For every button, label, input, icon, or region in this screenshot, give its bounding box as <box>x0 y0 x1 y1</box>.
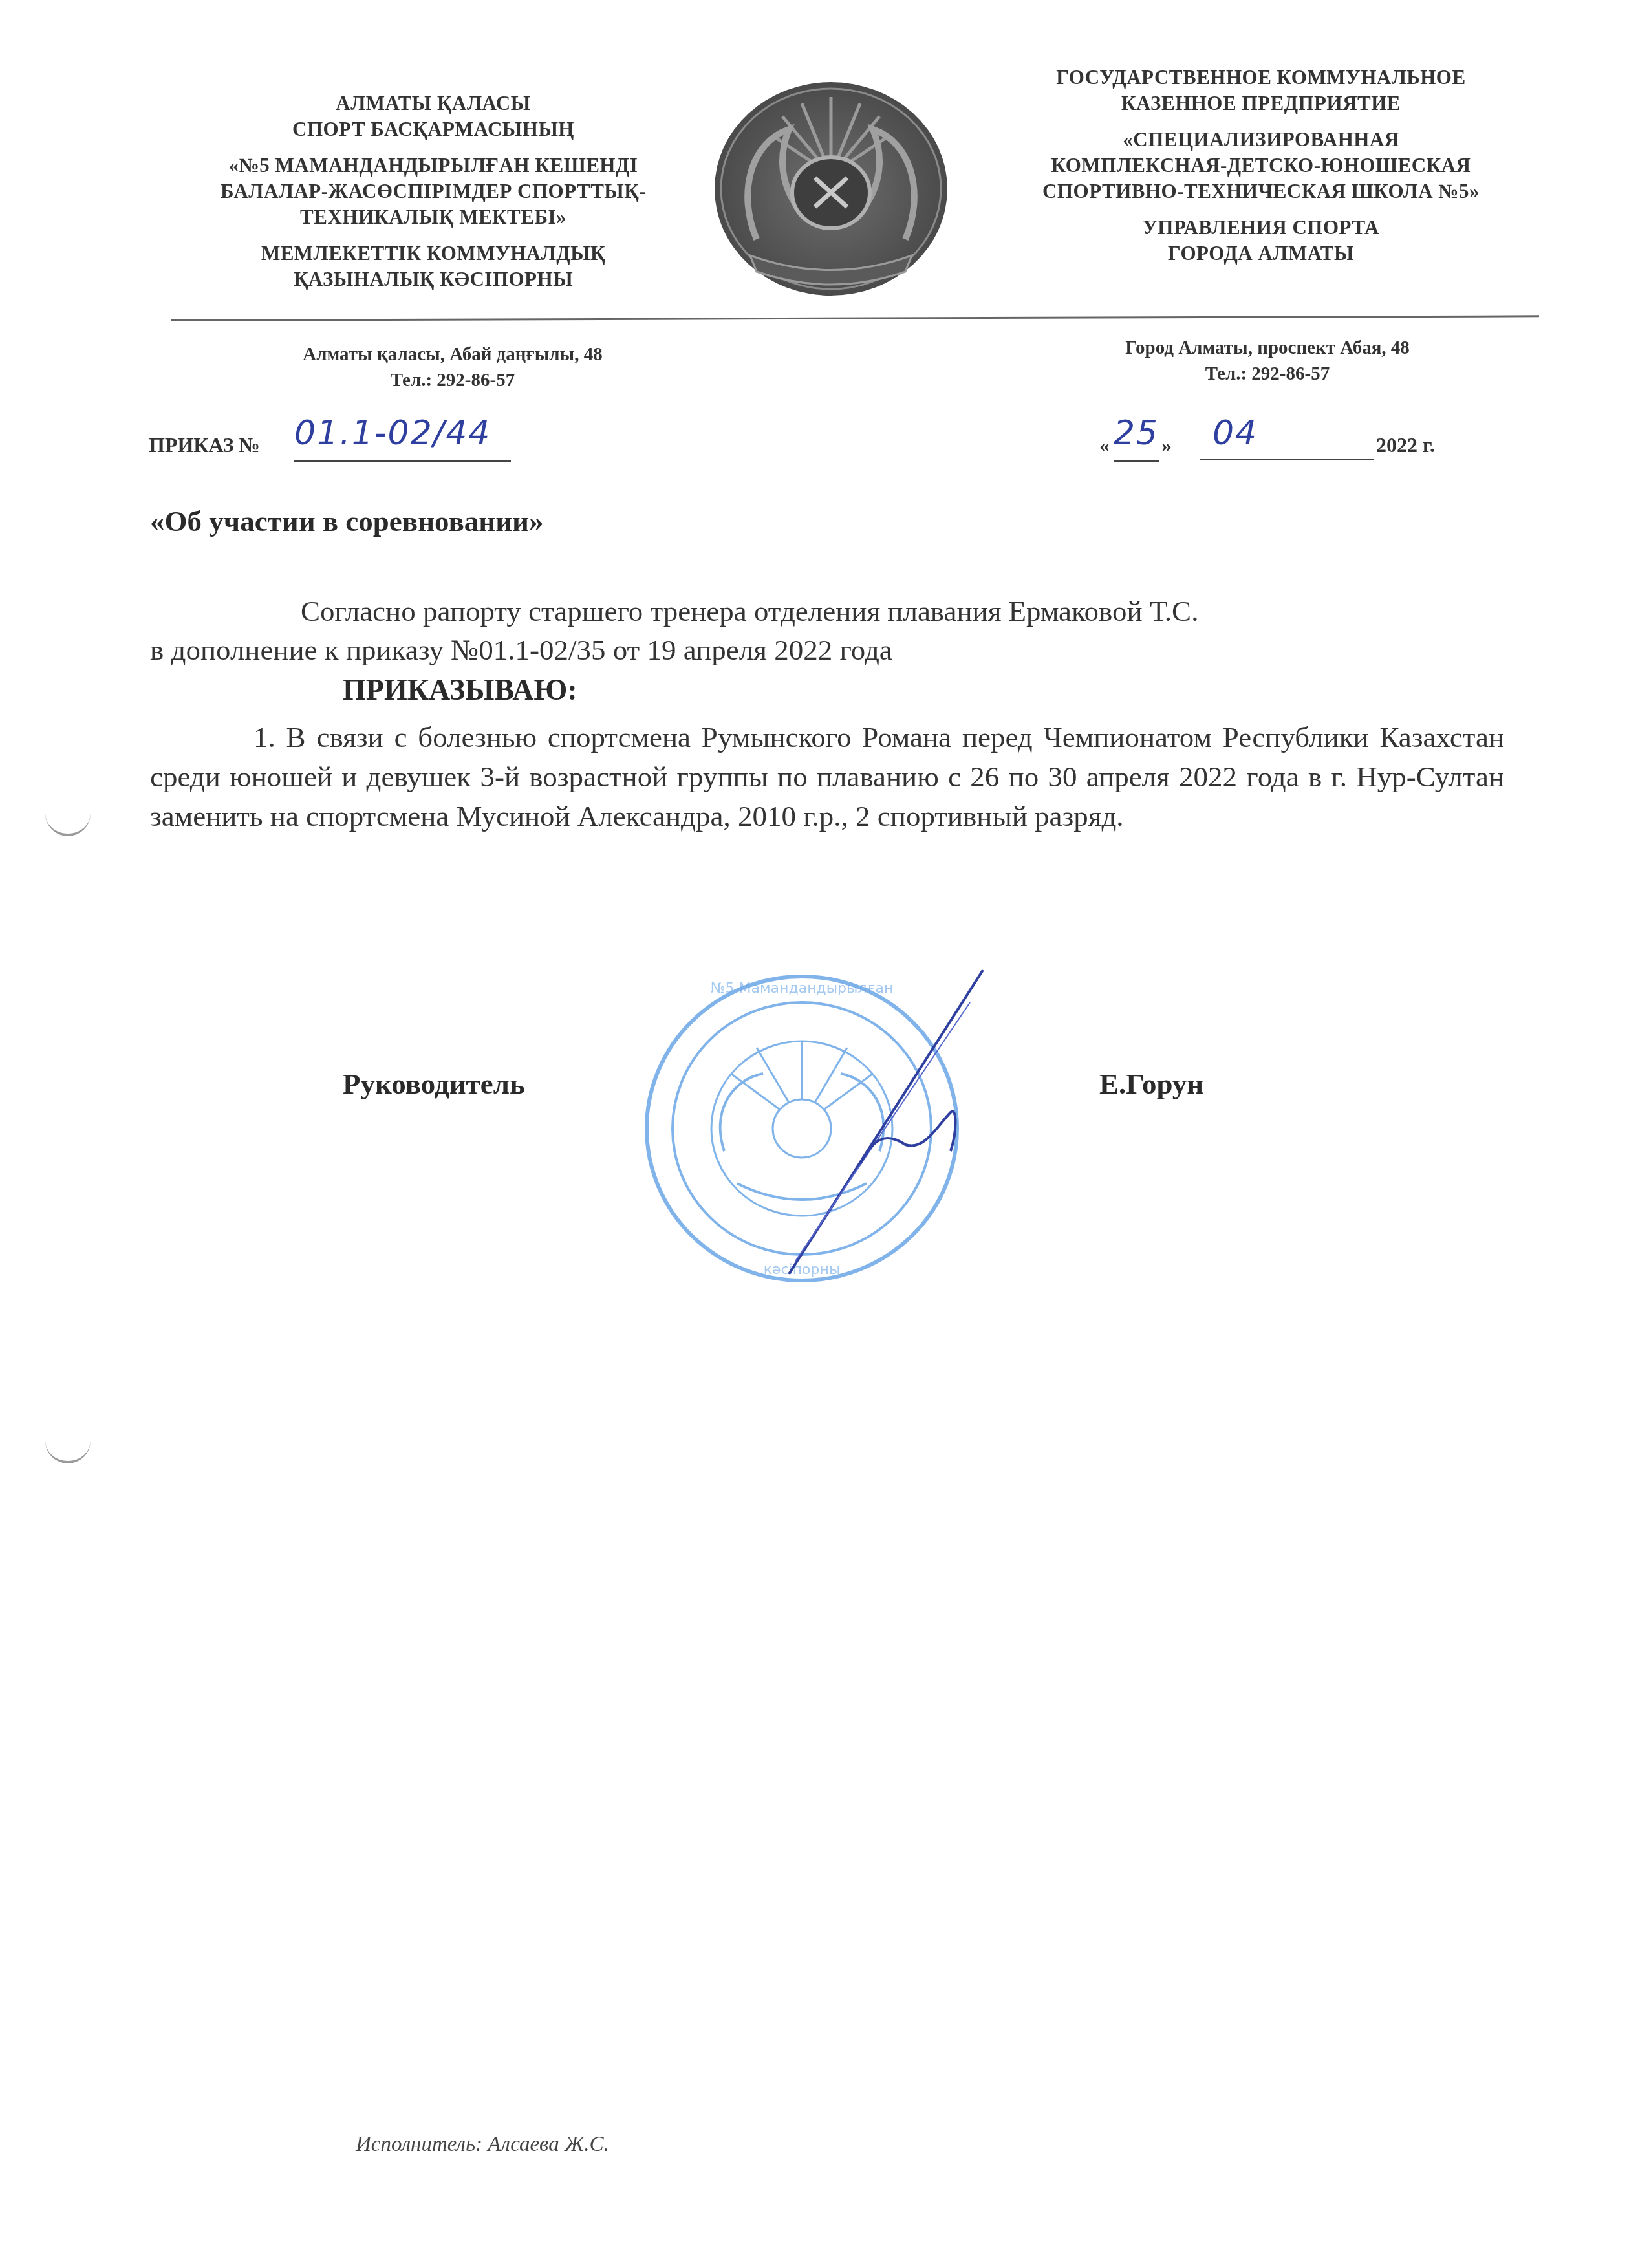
address-left: Алматы қаласы, Абай даңғылы, 48 Тел.: 29… <box>194 341 711 393</box>
order-number-label: ПРИКАЗ № <box>149 433 260 457</box>
address-right-phone: Тел.: 292-86-57 <box>1009 361 1526 387</box>
order-day-handwritten: 25 <box>1114 414 1159 462</box>
header-left: АЛМАТЫ ҚАЛАСЫ СПОРТ БАСҚАРМАСЫНЫҢ «№5 МА… <box>165 91 702 292</box>
date-open-quote: « <box>1099 433 1110 457</box>
header-right: ГОСУДАРСТВЕННОЕ КОММУНАЛЬНОЕ КАЗЕННОЕ ПР… <box>970 65 1552 266</box>
header-left-line: АЛМАТЫ ҚАЛАСЫ <box>165 91 702 116</box>
order-item-1: 1. В связи с болезнью спортсмена Румынск… <box>150 718 1504 836</box>
header-left-line: «№5 МАМАНДАНДЫРЫЛҒАН КЕШЕНДІ <box>165 153 702 178</box>
header-right-line: КОМПЛЕКСНАЯ-ДЕТСКО-ЮНОШЕСКАЯ <box>970 153 1552 178</box>
date-close-quote: » <box>1161 433 1172 457</box>
order-date-row: « 25 » 04 2022 г. <box>1099 414 1487 472</box>
signatory-name: Е.Горун <box>1099 1067 1203 1101</box>
document-title: «Об участии в соревновании» <box>150 504 544 538</box>
intro-line-1: Согласно рапорту старшего тренера отделе… <box>301 592 1198 631</box>
address-left-phone: Тел.: 292-86-57 <box>194 367 711 393</box>
punch-hole-bottom <box>45 1439 91 1463</box>
header-left-line: СПОРТ БАСҚАРМАСЫНЫҢ <box>165 116 702 142</box>
order-month-handwritten: 04 <box>1200 414 1374 460</box>
header-right-line: УПРАВЛЕНИЯ СПОРТА <box>970 215 1552 241</box>
handwritten-signature-icon <box>776 964 1002 1287</box>
header-left-line: МЕМЛЕКЕТТІК КОММУНАЛДЫҚ <box>165 241 702 266</box>
intro-line-2: в дополнение к приказу №01.1-02/35 от 19… <box>150 631 892 670</box>
address-right: Город Алматы, проспект Абая, 48 Тел.: 29… <box>1009 335 1526 387</box>
order-number-row: ПРИКАЗ № 01.1-02/44 <box>149 414 537 472</box>
signatory-position: Руководитель <box>343 1067 525 1101</box>
header-left-line: БАЛАЛАР-ЖАСӨСПІРІМДЕР СПОРТТЫҚ- <box>165 178 702 204</box>
header-right-line: «СПЕЦИАЛИЗИРОВАННАЯ <box>970 127 1552 153</box>
order-directive: ПРИКАЗЫВАЮ: <box>343 673 577 707</box>
header-right-line: КАЗЕННОЕ ПРЕДПРИЯТИЕ <box>970 91 1552 116</box>
state-emblem-icon <box>711 78 951 301</box>
header-left-line: ТЕХНИКАЛЫҚ МЕКТЕБІ» <box>165 204 702 230</box>
header-right-line: СПОРТИВНО-ТЕХНИЧЕСКАЯ ШКОЛА №5» <box>970 178 1552 204</box>
address-right-street: Город Алматы, проспект Абая, 48 <box>1009 335 1526 361</box>
order-year: 2022 г. <box>1376 433 1435 457</box>
executor-note: Исполнитель: Алсаева Ж.С. <box>356 2133 609 2157</box>
address-left-street: Алматы қаласы, Абай даңғылы, 48 <box>194 341 711 367</box>
order-number-handwritten: 01.1-02/44 <box>294 414 511 462</box>
header-right-line: ГОСУДАРСТВЕННОЕ КОММУНАЛЬНОЕ <box>970 65 1552 91</box>
punch-hole-top <box>45 812 91 836</box>
header-right-line: ГОРОДА АЛМАТЫ <box>970 241 1552 266</box>
header-divider <box>171 315 1539 321</box>
header-left-line: ҚАЗЫНАЛЫҚ КӘСІПОРНЫ <box>165 266 702 292</box>
